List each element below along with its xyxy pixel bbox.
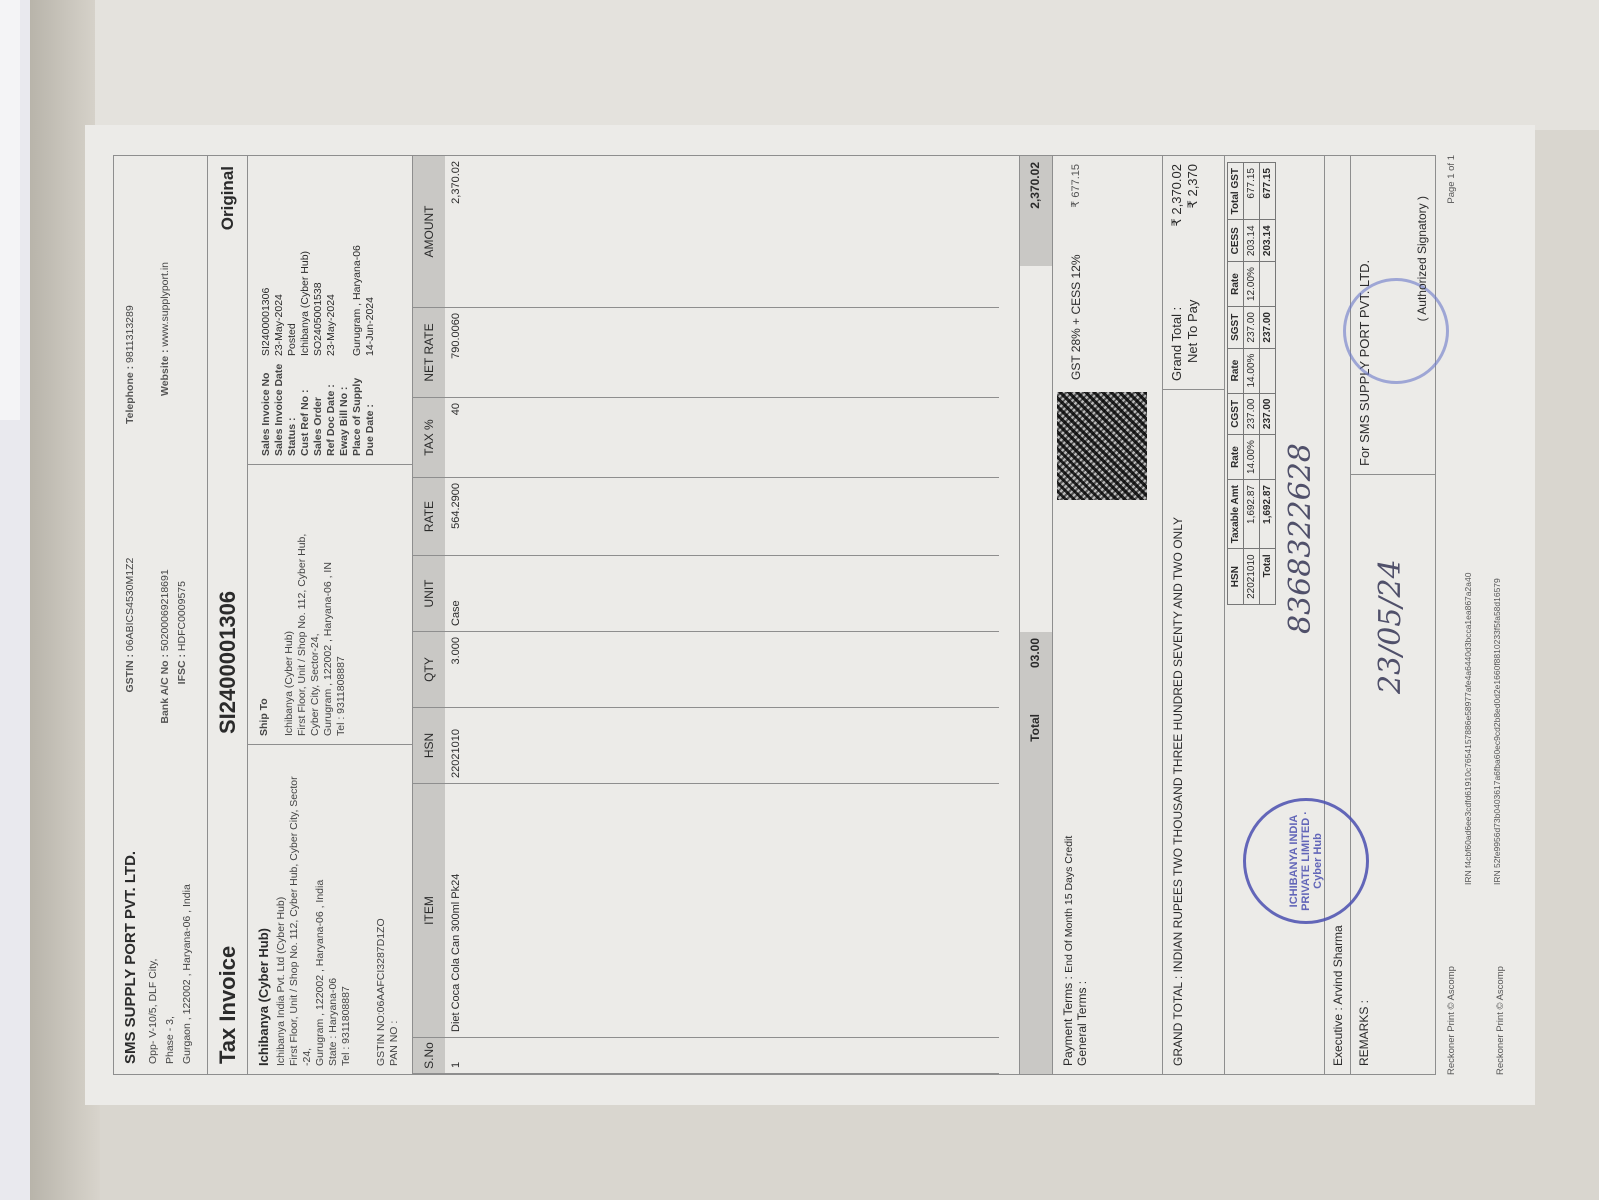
qr-code (1057, 392, 1147, 500)
items-cell: 40 (445, 398, 469, 478)
items-table: S.NoITEMHSNQTYUNITRATETAX %NET RATEAMOUN… (413, 156, 999, 1074)
gst-cell: 12.00% (1244, 262, 1260, 307)
meta-key: Ref Doc Date : (325, 356, 338, 456)
items-column-header: TAX % (413, 398, 445, 478)
bill-to-pan: PAN NO : (388, 753, 401, 1066)
invoice-number: SI2400001306 (215, 334, 241, 734)
seller-address-3: Gurgaon , 122002 , Haryana-06 , India (179, 744, 196, 1064)
total-label: Total (1020, 708, 1052, 1074)
gst-cell: 1,692.87 (1244, 480, 1260, 549)
page-number: Page 1 of 1 (1446, 155, 1457, 204)
ship-to-line: Gurugram , 122002 , Haryana-06 , IN (322, 473, 335, 736)
page-footer: Reckoner Print © Ascomp Page 1 of 1 (1446, 155, 1457, 1075)
meta-value: 23-May-2024 (273, 294, 286, 356)
invoice-meta-row: Due Date :14-Jun-2024 (364, 245, 377, 456)
party-section: Ichibanya (Cyber Hub) Ichibanya India Pv… (248, 155, 413, 1075)
print-credit-2: Reckoner Print © Ascomp (1495, 966, 1506, 1075)
invoice-meta-row: Sales Invoice Date23-May-2024 (273, 245, 286, 456)
items-column-header: NET RATE (413, 308, 445, 398)
gst-note-text: GST 28% + CESS 12% (1069, 254, 1146, 380)
ifsc-value: HDFC0009575 (176, 581, 188, 651)
seller-header: SMS SUPPLY PORT PVT. LTD. Opp- V-10/5, D… (113, 155, 208, 1075)
items-section: S.NoITEMHSNQTYUNITRATETAX %NET RATEAMOUN… (413, 155, 1053, 1075)
grand-total-box: Grand Total :₹ 2,370.02 Net To Pay₹ 2,37… (1163, 156, 1224, 389)
handwritten-phone: 8368322628 (1283, 443, 1318, 634)
signature-box: For SMS SUPPLY PORT PVT. LTD. ( Authoriz… (1351, 156, 1435, 474)
gst-column-header: CESS (1228, 220, 1244, 262)
authorized-signatory: ( Authorized Signatory ) (1415, 196, 1429, 321)
background-paper-edge (0, 0, 20, 420)
meta-value: 23-May-2024 (325, 294, 338, 356)
items-cell: Case (445, 556, 469, 632)
terms-text: Payment Terms : End Of Month 15 Days Cre… (1053, 504, 1162, 1074)
ifsc-label: IFSC : (174, 654, 191, 744)
gst-cell: 677.15 (1260, 163, 1276, 220)
table-row: 1Diet Coca Cola Can 300ml Pk24220210103.… (445, 156, 469, 1074)
ship-to-label: Ship To (256, 473, 273, 736)
items-cell: 564.2900 (445, 478, 469, 556)
meta-key: Eway Bill No : (338, 356, 351, 456)
gst-column-header: Total GST (1228, 163, 1244, 220)
net-to-pay-label: Net To Pay (1185, 300, 1201, 363)
executive-name: Executive : Arvind Sharma (1331, 925, 1345, 1066)
meta-key: Due Date : (364, 356, 377, 456)
seller-contact: Telephone : 9811313289 Website : www.sup… (122, 262, 199, 424)
grand-total-value: ₹ 2,370.02 (1169, 164, 1185, 227)
remarks-label: REMARKS : (1357, 1000, 1371, 1066)
items-cell: 1 (445, 1038, 469, 1074)
meta-value: 14-Jun-2024 (364, 297, 377, 356)
irn-line-1: IRN f4cbf60ad6ee3cdfd61910c7654157886e58… (1463, 155, 1473, 885)
items-column-header: UNIT (413, 556, 445, 632)
gst-cell: 203.14 (1244, 220, 1260, 262)
gst-row: 220210101,692.8714.00%237.0014.00%237.00… (1244, 163, 1260, 605)
ship-to-line: Cyber City, Sector-24, (309, 473, 322, 736)
background-paper (95, 0, 1599, 130)
items-total-row: Total 03.00 2,370.02 (1019, 156, 1052, 1074)
copy-label: Original (218, 166, 238, 230)
remarks-box: REMARKS : 23/05/24 (1351, 474, 1435, 1074)
meta-key: Sales Invoice Date (273, 356, 286, 456)
gst-column-header: CGST (1228, 393, 1244, 435)
invoice-meta-row: Cust Ref No :Ichibanya (Cyber Hub) (299, 245, 312, 456)
invoice-page-rotated: SMS SUPPLY PORT PVT. LTD. Opp- V-10/5, D… (85, 125, 1535, 1105)
meta-value: Ichibanya (Cyber Hub) (299, 251, 312, 356)
website-label: Website : (159, 350, 171, 396)
bill-to-line: Tel : 9311808887 (340, 753, 353, 1066)
items-cell: 22021010 (445, 708, 469, 784)
print-credit: Reckoner Print © Ascomp (1446, 966, 1457, 1075)
invoice-meta-row: Sales Invoice NoSI2400001306 (260, 245, 273, 456)
gst-cell: 237.00 (1260, 393, 1276, 435)
seller-company-stamp (1343, 278, 1449, 384)
gst-cell: 237.00 (1244, 307, 1260, 349)
gst-cell: 1,692.87 (1260, 480, 1276, 549)
items-cell: 3.000 (445, 632, 469, 708)
seller-address-2: Phase - 3, (162, 744, 179, 1064)
gst-summary-table: HSNTaxable AmtRateCGSTRateSGSTRateCESSTo… (1227, 162, 1276, 605)
invoice-document: SMS SUPPLY PORT PVT. LTD. Opp- V-10/5, D… (85, 125, 1535, 1105)
bill-to-line: State : Haryana-06 (327, 753, 340, 1066)
telephone-label: Telephone : (124, 366, 136, 424)
gst-cell: 237.00 (1244, 393, 1260, 435)
bill-to: Ichibanya (Cyber Hub) Ichibanya India Pv… (248, 744, 412, 1074)
items-column-header: ITEM (413, 784, 445, 1038)
invoice-meta-row: Eway Bill No : (338, 245, 351, 456)
website-value: www.supplyport.in (159, 262, 171, 347)
invoice-meta-row: Status :Posted (286, 245, 299, 456)
gst-column-header: HSN (1228, 549, 1244, 605)
telephone-value: 9811313289 (124, 305, 136, 363)
items-cell: 2,370.02 (445, 156, 469, 308)
meta-value: Posted (286, 323, 299, 356)
gst-cell: 14.00% (1244, 435, 1260, 480)
ship-to-line: First Floor, Unit / Shop No. 112, Cyber … (296, 473, 309, 736)
amount-words-section: GRAND TOTAL : INDIAN RUPEES TWO THOUSAND… (1163, 155, 1225, 1075)
terms-section: Payment Terms : End Of Month 15 Days Cre… (1053, 155, 1163, 1075)
meta-value: SI2400001306 (260, 288, 273, 356)
gst-column-header: Rate (1228, 348, 1244, 393)
gst-cell (1260, 435, 1276, 480)
items-column-header: QTY (413, 632, 445, 708)
meta-key: Cust Ref No : (299, 356, 312, 456)
total-qty: 03.00 (1020, 632, 1052, 708)
gst-header-row: HSNTaxable AmtRateCGSTRateSGSTRateCESSTo… (1228, 163, 1244, 605)
grand-total-label: Grand Total : (1169, 307, 1185, 381)
bill-to-line: Gurugram , 122002 , Haryana-06 , India (314, 753, 327, 1066)
gst-cell: 203.14 (1260, 220, 1276, 262)
invoice-meta-row: Ref Doc Date :23-May-2024 (325, 245, 338, 456)
meta-key: Sales Order (312, 356, 325, 456)
title-row: Tax Invoice SI2400001306 Original (208, 155, 248, 1075)
net-to-pay-value: ₹ 2,370 (1185, 164, 1201, 208)
general-terms-label: General Terms : (1075, 512, 1089, 1066)
gstin-label: GSTIN : (122, 654, 139, 744)
items-cell: 790.0060 (445, 308, 469, 398)
bill-to-line: -24, (301, 753, 314, 1066)
gst-cell: 14.00% (1244, 348, 1260, 393)
gst-cell (1260, 262, 1276, 307)
payment-terms-value: End Of Month 15 Days Credit (1063, 836, 1075, 973)
items-column-header: AMOUNT (413, 156, 445, 308)
meta-key: Sales Invoice No (260, 356, 273, 456)
items-filler-row (469, 156, 999, 1074)
invoice-meta: Sales Invoice NoSI2400001306Sales Invoic… (248, 156, 412, 464)
items-header-row: S.NoITEMHSNQTYUNITRATETAX %NET RATEAMOUN… (413, 156, 445, 1074)
ship-to: Ship To Ichibanya (Cyber Hub) First Floo… (248, 464, 412, 744)
irn-line-2: IRN 52fe9956d73b0403617a6fba60ec9cd2b8ed… (1492, 155, 1502, 885)
gst-column-header: SGST (1228, 307, 1244, 349)
items-column-header: RATE (413, 478, 445, 556)
total-spacer (1020, 266, 1052, 632)
items-cell: Diet Coca Cola Can 300ml Pk24 (445, 784, 469, 1038)
bill-to-name: Ichibanya (Cyber Hub) (256, 753, 271, 1066)
bank-label: Bank A/C No : (157, 654, 174, 744)
items-column-header: S.No (413, 1038, 445, 1074)
ship-to-line: Tel : 9311808887 (335, 473, 348, 736)
seller-tax-bank: GSTIN : 06ABICS4530M1Z2 Bank A/C No : 50… (122, 424, 199, 744)
gst-column-header: Rate (1228, 262, 1244, 307)
meta-key: Place of Supply (351, 356, 364, 456)
meta-value: Gurugram , Haryana-06 (351, 245, 364, 356)
invoice-meta-row: Place of SupplyGurugram , Haryana-06 (351, 245, 364, 456)
invoice-meta-list: Sales Invoice NoSI2400001306Sales Invoic… (256, 245, 404, 456)
seller-address-1: Opp- V-10/5, DLF City, (145, 744, 162, 1064)
ship-to-line: Ichibanya (Cyber Hub) (283, 473, 296, 736)
executive-row: Executive : Arvind Sharma (1325, 155, 1351, 1075)
meta-value: SO2405001538 (312, 282, 325, 356)
gst-cell: 237.00 (1260, 307, 1276, 349)
gstin-value: 06ABICS4530M1Z2 (124, 558, 136, 651)
gst-cell: 677.15 (1244, 163, 1260, 220)
seller-info: SMS SUPPLY PORT PVT. LTD. Opp- V-10/5, D… (122, 744, 199, 1064)
bank-value: 50200069218691 (159, 569, 171, 651)
bill-to-line: First Floor, Unit / Shop No. 112, Cyber … (288, 753, 301, 1066)
gst-cell: Total (1260, 549, 1276, 605)
remarks-section: REMARKS : 23/05/24 For SMS SUPPLY PORT P… (1351, 155, 1436, 1075)
gst-summary-section: HSNTaxable AmtRateCGSTRateSGSTRateCESSTo… (1225, 155, 1325, 1075)
gst-row: Total1,692.87237.00237.00203.14677.15 (1260, 163, 1276, 605)
payment-terms-label: Payment Terms : (1061, 976, 1075, 1066)
buyer-company-stamp: ICHIBANYA INDIA PRIVATE LIMITED · Cyber … (1243, 798, 1369, 924)
gst-column-header: Taxable Amt (1228, 480, 1244, 549)
gst-column-header: Rate (1228, 435, 1244, 480)
seller-name: SMS SUPPLY PORT PVT. LTD. (122, 744, 139, 1064)
total-amount: 2,370.02 (1020, 156, 1052, 266)
gst-note-amount: ₹ 677.15 (1069, 164, 1146, 208)
gst-note: GST 28% + CESS 12% ₹ 677.15 (1053, 156, 1162, 388)
buyer-stamp-text: ICHIBANYA INDIA PRIVATE LIMITED · Cyber … (1288, 801, 1324, 921)
bill-to-line: Ichibanya India Pvt. Ltd (Cyber Hub) (275, 753, 288, 1066)
invoice-meta-row: Sales OrderSO2405001538 (312, 245, 325, 456)
handwritten-date: 23/05/24 (1373, 559, 1408, 694)
amount-in-words: GRAND TOTAL : INDIAN RUPEES TWO THOUSAND… (1163, 389, 1224, 1074)
gst-cell: 22021010 (1244, 549, 1260, 605)
bill-to-gstin: GSTIN NO:06AAFCI3287D1ZO (375, 753, 388, 1066)
gst-cell (1260, 348, 1276, 393)
document-type: Tax Invoice (215, 734, 241, 1064)
items-column-header: HSN (413, 708, 445, 784)
meta-key: Status : (286, 356, 299, 456)
